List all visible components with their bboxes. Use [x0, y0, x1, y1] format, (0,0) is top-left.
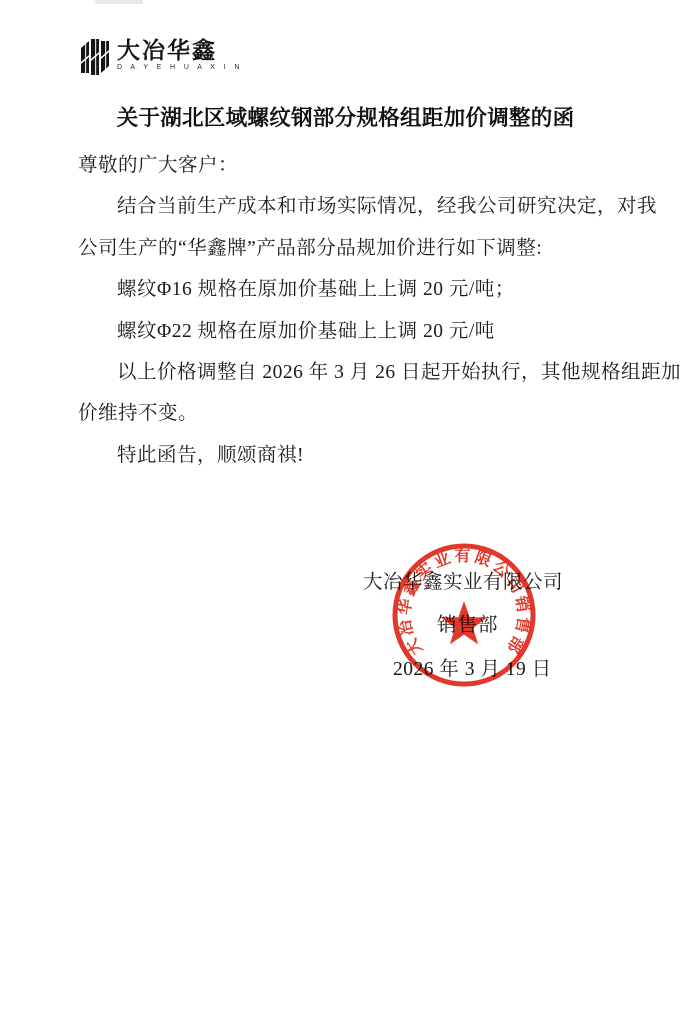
- body-line: 结合当前生产成本和市场实际情况，经我公司研究决定，对我: [78, 186, 615, 227]
- salutation-line: 尊敬的广大客户：: [78, 145, 615, 186]
- huaxin-logo-mark-icon: [79, 38, 111, 76]
- seal-star-icon: [441, 601, 487, 644]
- logo-company-name: 大冶华鑫: [117, 38, 243, 63]
- closing-line: 特此函告，顺颂商祺!: [78, 435, 615, 476]
- cropped-top-artifact: [95, 0, 143, 4]
- logo-text-block: 大冶华鑫 D A Y E H U A X I N: [117, 38, 243, 71]
- body-line: 价维持不变。: [78, 393, 615, 434]
- document-title: 关于湖北区域螺纹钢部分规格组距加价调整的函: [0, 101, 691, 132]
- logo-pinyin-subtext: D A Y E H U A X I N: [117, 64, 243, 71]
- document-body: 尊敬的广大客户： 结合当前生产成本和市场实际情况，经我公司研究决定，对我 公司生…: [78, 145, 615, 476]
- body-line: 以上价格调整自 2026 年 3 月 26 日起开始执行，其他规格组距加: [78, 352, 615, 393]
- letter-page: 大冶华鑫 D A Y E H U A X I N 关于湖北区域螺纹钢部分规格组距…: [0, 0, 691, 1021]
- company-seal-stamp: 大冶华鑫实业有限公司销售部: [380, 531, 548, 699]
- body-line-rebar-16: 螺纹Φ16 规格在原加价基础上上调 20 元/吨；: [78, 269, 615, 310]
- company-logo: 大冶华鑫 D A Y E H U A X I N: [79, 38, 243, 76]
- body-line: 公司生产的“华鑫牌”产品部分品规加价进行如下调整:: [78, 228, 615, 269]
- body-line-rebar-22: 螺纹Φ22 规格在原加价基础上上调 20 元/吨: [78, 311, 615, 352]
